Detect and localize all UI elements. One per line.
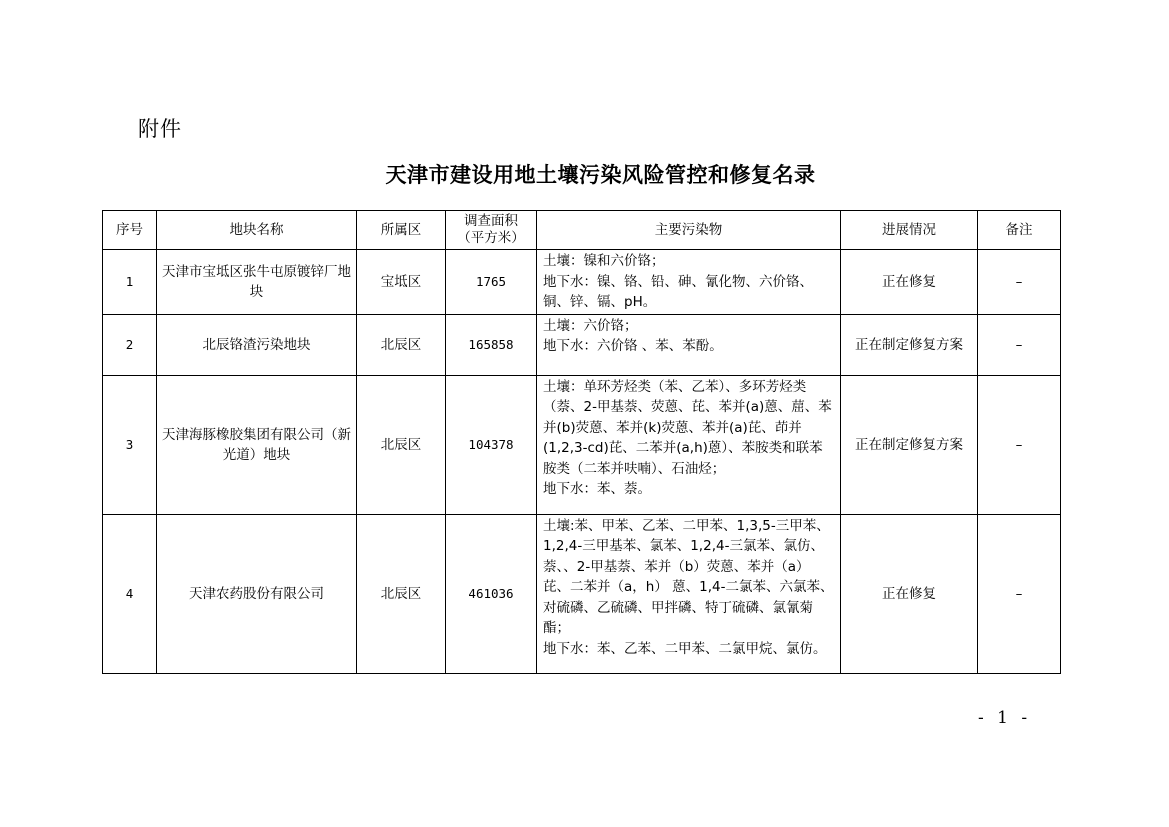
cell-pollutants: 土壤：六价铬； 地下水：六价铬 、苯、苯酚。 [537, 314, 841, 375]
cell-district: 宝坻区 [357, 250, 446, 315]
header-area: 调查面积（平方米） [446, 211, 537, 250]
cell-progress: 正在修复 [841, 250, 978, 315]
table-row: 4 天津农药股份有限公司 北辰区 461036 土壤:苯、甲苯、乙苯、二甲苯、1… [103, 514, 1061, 673]
cell-remarks: – [978, 514, 1061, 673]
cell-remarks: – [978, 314, 1061, 375]
cell-district: 北辰区 [357, 375, 446, 514]
cell-pollutants: 土壤:苯、甲苯、乙苯、二甲苯、1,3,5-三甲苯、1,2,4-三甲基苯、氯苯、1… [537, 514, 841, 673]
cell-progress: 正在修复 [841, 514, 978, 673]
table-row: 2 北辰铬渣污染地块 北辰区 165858 土壤：六价铬； 地下水：六价铬 、苯… [103, 314, 1061, 375]
cell-site-name: 天津农药股份有限公司 [157, 514, 357, 673]
cell-index: 3 [103, 375, 157, 514]
cell-index: 2 [103, 314, 157, 375]
cell-area: 1765 [446, 250, 537, 315]
table-row: 3 天津海豚橡胶集团有限公司（新光道）地块 北辰区 104378 土壤：单环芳烃… [103, 375, 1061, 514]
cell-progress: 正在制定修复方案 [841, 314, 978, 375]
header-pollutants: 主要污染物 [537, 211, 841, 250]
cell-pollutants: 土壤：镍和六价铬； 地下水：镍、铬、铅、砷、氰化物、六价铬、铜、锌、镉、pH。 [537, 250, 841, 315]
cell-remarks: – [978, 250, 1061, 315]
header-area-line1: 调查面积 [464, 213, 518, 229]
cell-area: 165858 [446, 314, 537, 375]
cell-area: 461036 [446, 514, 537, 673]
cell-site-name: 天津海豚橡胶集团有限公司（新光道）地块 [157, 375, 357, 514]
remediation-list-table: 序号 地块名称 所属区 调查面积（平方米） 主要污染物 进展情况 备注 1 天津… [102, 210, 1061, 674]
cell-area: 104378 [446, 375, 537, 514]
cell-index: 4 [103, 514, 157, 673]
header-progress: 进展情况 [841, 211, 978, 250]
cell-district: 北辰区 [357, 514, 446, 673]
document-title: 天津市建设用地土壤污染风险管控和修复名录 [0, 159, 1169, 189]
cell-remarks: – [978, 375, 1061, 514]
page-number: - 1 - [978, 708, 1031, 728]
cell-site-name: 天津市宝坻区张牛屯原镀锌厂地块 [157, 250, 357, 315]
table-header-row: 序号 地块名称 所属区 调查面积（平方米） 主要污染物 进展情况 备注 [103, 211, 1061, 250]
header-area-line2: （平方米） [457, 230, 525, 246]
cell-pollutants: 土壤：单环芳烃类（苯、乙苯）、多环芳烃类（萘、2-甲基萘、荧蒽、芘、苯并(a)蒽… [537, 375, 841, 514]
header-remarks: 备注 [978, 211, 1061, 250]
cell-index: 1 [103, 250, 157, 315]
cell-progress: 正在制定修复方案 [841, 375, 978, 514]
table-row: 1 天津市宝坻区张牛屯原镀锌厂地块 宝坻区 1765 土壤：镍和六价铬； 地下水… [103, 250, 1061, 315]
attachment-label: 附件 [138, 113, 182, 143]
header-index: 序号 [103, 211, 157, 250]
cell-site-name: 北辰铬渣污染地块 [157, 314, 357, 375]
cell-district: 北辰区 [357, 314, 446, 375]
header-district: 所属区 [357, 211, 446, 250]
header-site-name: 地块名称 [157, 211, 357, 250]
